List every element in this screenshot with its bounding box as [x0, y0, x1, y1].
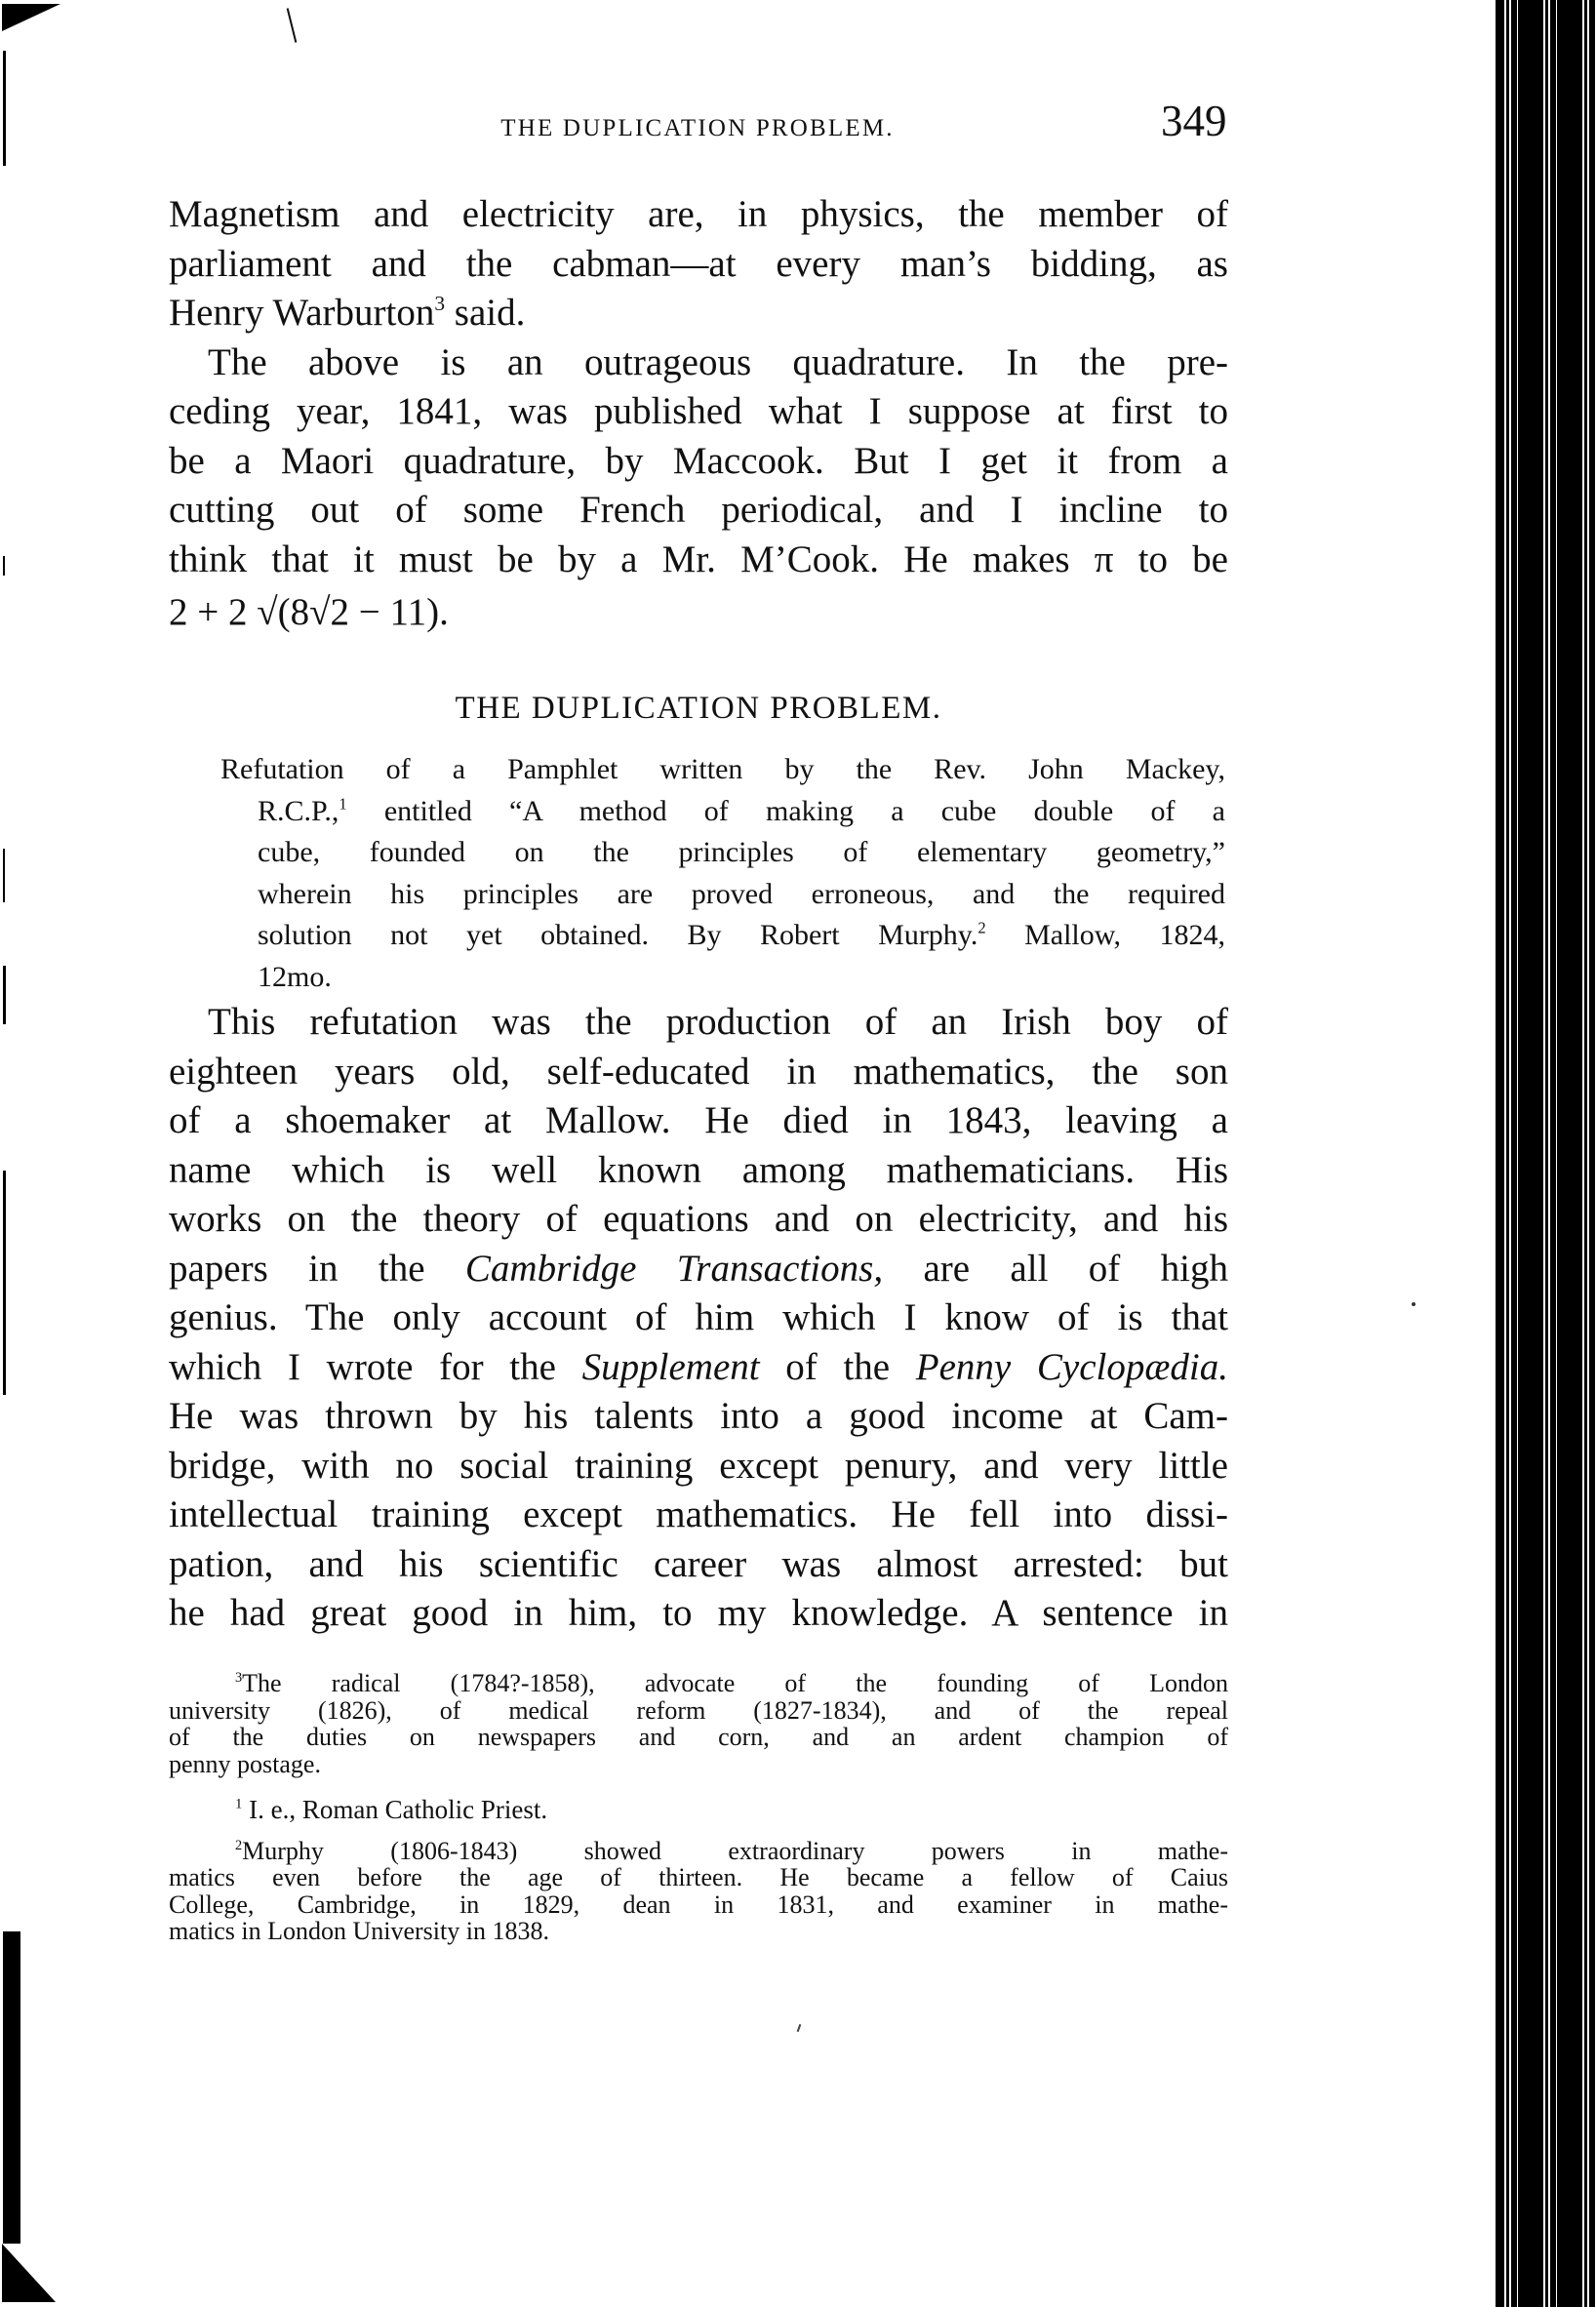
spacer	[169, 1824, 1228, 1838]
scan-dot	[1412, 1302, 1416, 1306]
italic-title: Penny Cyclopædia.	[916, 1346, 1228, 1388]
footnotes: 3The radical (1784?-1858), advocate of t…	[169, 1670, 1228, 1945]
scan-stray-mark	[287, 8, 298, 42]
text-line: bridge, with no social training except p…	[169, 1442, 1228, 1492]
text-span: Henry Warburton	[169, 292, 434, 334]
formula: 2 + 2 √(8√2 − 11).	[169, 588, 1228, 638]
scan-corner-mark	[2, 2244, 56, 2302]
footnote-line: penny postage.	[169, 1751, 1228, 1778]
text-span: said.	[455, 292, 526, 334]
text-line: genius. The only account of him which I …	[169, 1293, 1228, 1343]
text-line: This refutation was the production of an…	[169, 998, 1228, 1048]
scan-edge-mark	[3, 1171, 6, 1395]
citation-line: Refutation of a Pamphlet written by the …	[220, 749, 1225, 791]
text-span: are all of high	[883, 1248, 1228, 1290]
footnote-line: 2Murphy (1806-1843) showed extraordinary…	[169, 1838, 1228, 1865]
text-span: The radical (1784?-1858), advocate of th…	[242, 1669, 1228, 1697]
footnote-line: 3The radical (1784?-1858), advocate of t…	[169, 1670, 1228, 1697]
text-line: The above is an outrageous quadrature. I…	[169, 338, 1228, 388]
text-line: eighteen years old, self-educated in mat…	[169, 1048, 1228, 1097]
citation-block: Refutation of a Pamphlet written by the …	[220, 749, 1225, 998]
citation-line: cube, founded on the principles of eleme…	[220, 832, 1225, 874]
footnote-line: of the duties on newspapers and corn, an…	[169, 1724, 1228, 1751]
text-line: think that it must be by a Mr. M’Cook. H…	[169, 536, 1228, 585]
text-line: which I wrote for the Supplement of the …	[169, 1343, 1228, 1393]
book-binding-edge	[1496, 0, 1596, 2307]
text-line: works on the theory of equations and on …	[169, 1195, 1228, 1245]
footnote-line: College, Cambridge, in 1829, dean in 183…	[169, 1891, 1228, 1919]
text-span: Murphy (1806-1843) showed extraordinary …	[242, 1837, 1228, 1865]
citation-line: R.C.P.,1 entitled “A method of making a …	[220, 791, 1225, 833]
citation-line: solution not yet obtained. By Robert Mur…	[220, 915, 1225, 957]
citation-line: wherein his principles are proved errone…	[220, 874, 1225, 916]
text-line: name which is well known among mathemati…	[169, 1146, 1228, 1196]
scan-edge-mark	[3, 556, 5, 576]
scan-edge-mark	[3, 966, 6, 1024]
text-line: he had great good in him, to my knowledg…	[169, 1589, 1228, 1639]
page-number: 349	[1161, 99, 1227, 143]
footnote-ref[interactable]: 2	[978, 918, 985, 936]
italic-title: Cambridge Transactions,	[465, 1248, 883, 1290]
text-line: be a Maori quadrature, by Maccook. But I…	[169, 437, 1228, 487]
text-line: intellectual training except mathematics…	[169, 1491, 1228, 1540]
scan-corner-mark	[2, 4, 60, 31]
text-line: cutting out of some French periodical, a…	[169, 486, 1228, 536]
text-line: pation, and his scientific career was al…	[169, 1540, 1228, 1590]
footnote-marker: 1	[235, 1797, 242, 1812]
scan-edge-mark	[3, 849, 5, 902]
text-span: Mallow, 1824,	[986, 919, 1225, 951]
scan-edge-mark	[3, 1931, 20, 2244]
italic-title: Supplement	[582, 1346, 760, 1388]
footnote-line: 1 I. e., Roman Catholic Priest.	[169, 1797, 1228, 1824]
text-line: of a shoemaker at Mallow. He died in 184…	[169, 1096, 1228, 1146]
footnote-ref[interactable]: 3	[434, 292, 445, 315]
text-line: Henry Warburton3 said.	[169, 289, 1228, 338]
running-head: THE DUPLICATION PROBLEM.	[449, 115, 946, 142]
text-span: entitled “A method of making a cube doub…	[347, 795, 1225, 827]
scan-edge-mark	[3, 51, 6, 166]
text-span: papers in the	[169, 1248, 465, 1290]
text-line: parliament and the cabman—at every man’s…	[169, 240, 1228, 290]
footnote-line: university (1826), of medical reform (18…	[169, 1697, 1228, 1725]
text-span: which I wrote for the	[169, 1346, 582, 1388]
text-line: Magnetism and electricity are, in physic…	[169, 190, 1228, 240]
footnote-line: matics in London University in 1838.	[169, 1918, 1228, 1945]
text-line: ceding year, 1841, was published what I …	[169, 387, 1228, 437]
text-line: papers in the Cambridge Transactions, ar…	[169, 1245, 1228, 1294]
body-text-bottom: This refutation was the production of an…	[169, 998, 1228, 1639]
footnote-line: matics even before the age of thirteen. …	[169, 1864, 1228, 1891]
text-span: of the	[760, 1346, 916, 1388]
text-span: I. e., Roman Catholic Priest.	[249, 1795, 547, 1824]
text-span: R.C.P.,	[258, 795, 339, 827]
footnote-ref[interactable]: 1	[339, 794, 346, 813]
text-line: He was thrown by his talents into a good…	[169, 1392, 1228, 1442]
citation-line: 12mo.	[220, 957, 1225, 999]
section-heading: THE DUPLICATION PROBLEM.	[169, 691, 1228, 727]
body-text-top: Magnetism and electricity are, in physic…	[169, 190, 1228, 638]
spacer	[169, 1777, 1228, 1797]
scan-dot	[797, 2024, 802, 2032]
text-span: solution not yet obtained. By Robert Mur…	[258, 919, 978, 951]
